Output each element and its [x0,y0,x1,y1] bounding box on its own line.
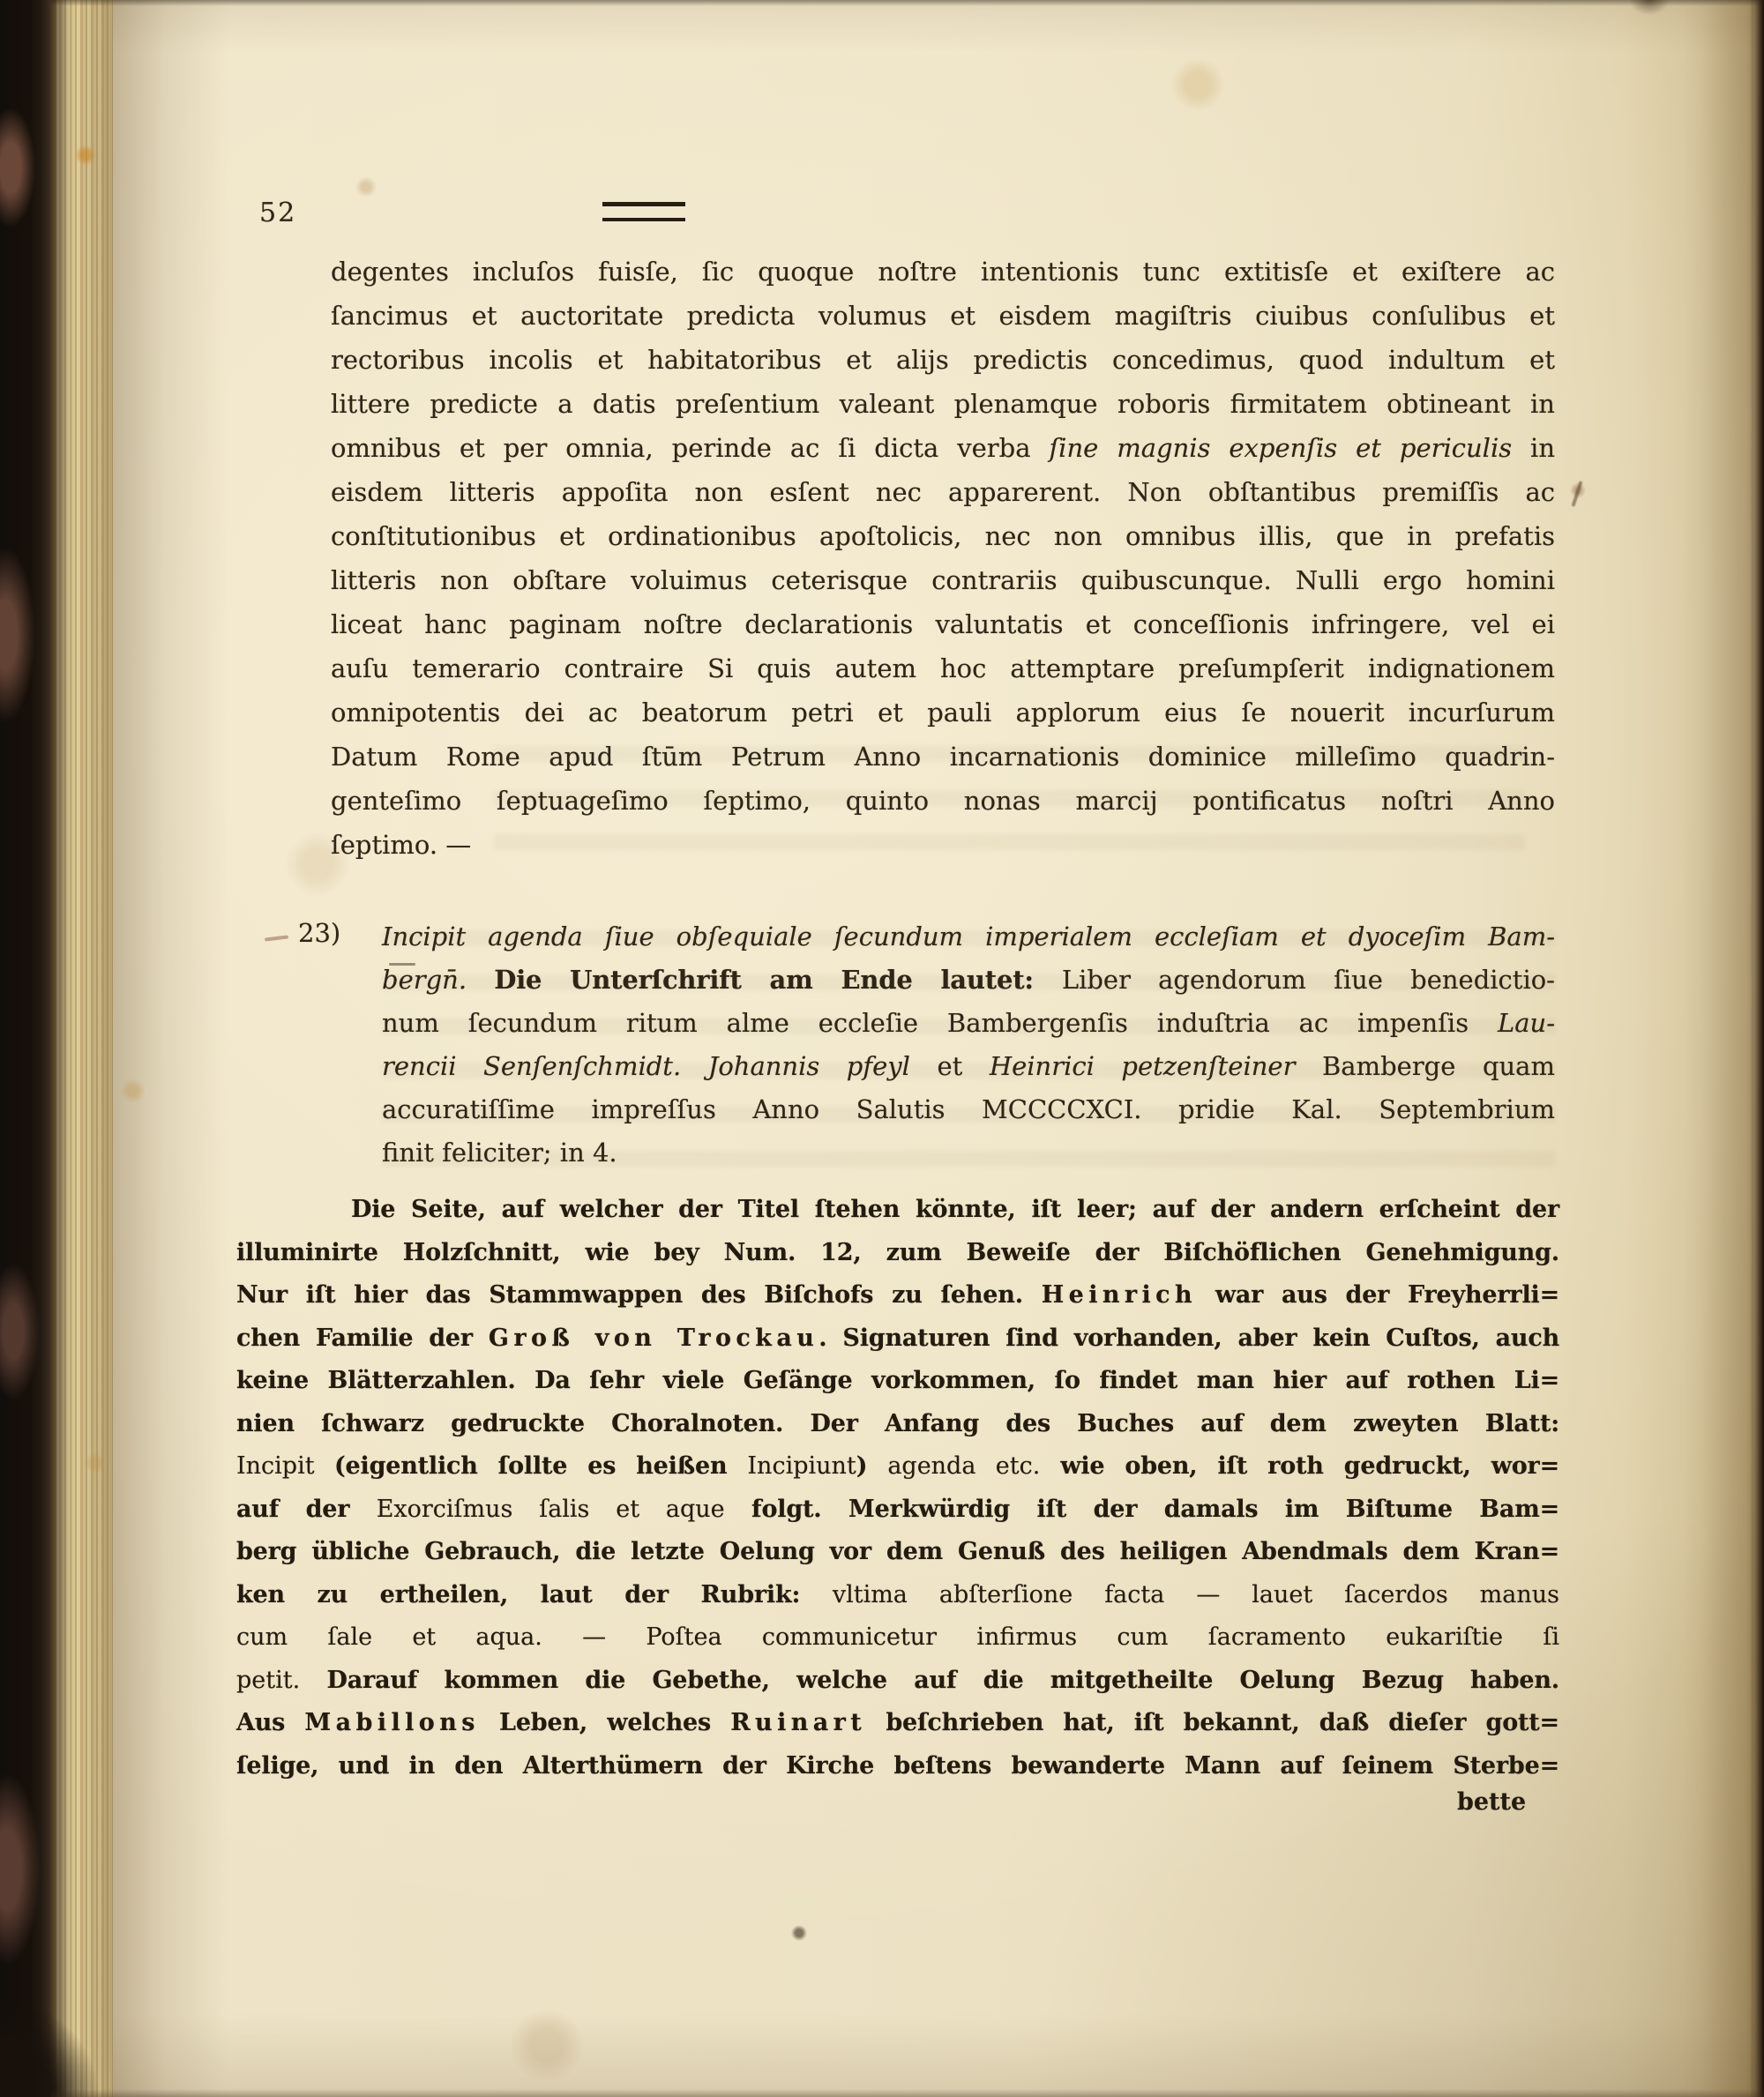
text-line: Aus Mabillons Leben, welches Ruinart beſ… [236,1702,1559,1745]
text-line: petit. Darauf kommen die Gebethe, welche… [236,1660,1559,1703]
text-segment: accuratiſſime impreſſus Anno Salutis MCC… [382,1094,1555,1124]
text-segment: num ſecundum ritum alme eccleſie Bamberg… [382,1008,1498,1038]
text-segment: Die Unterſchrift am Ende lautet: [494,965,1062,995]
text-line: littere predicte a datis preſentium vale… [331,382,1555,426]
page-number-text: 52 [259,198,296,228]
text-segment: ken zu ertheilen, laut der Rubrik: [236,1581,833,1608]
text-segment: Mabillons [304,1709,479,1736]
text-line: ſeptimo. — [331,823,1555,867]
text-line: eisdem litteris appoſita non esſent nec … [331,470,1555,514]
text-segment: illuminirte Holzſchnitt, wie bey Num. 12… [236,1239,1559,1266]
text-segment: Incipit [236,1452,334,1480]
text-segment: ſine magnis expenſis et periculis [1049,433,1512,463]
book-binding-edge [0,0,56,2097]
entry-number: 23) [298,918,340,948]
text-segment: Ruinart [730,1709,866,1736]
text-line: Die Seite, auf welcher der Titel ſtehen … [236,1189,1559,1232]
page-curvature-shade [1683,0,1753,2097]
scan-bottom-edge [51,2089,1764,2097]
text-line: rencii Senſenſchmidt. Johannis pfeyl et … [382,1045,1555,1088]
text-line: chen Familie der Groß von Trockau. Signa… [236,1317,1559,1361]
text-segment: degentes incluſos fuisſe, ſic quoque noſ… [331,257,1555,287]
text-line: Incipit agenda ſiue obſequiale ſecundum … [382,915,1555,959]
text-line: conſtitutionibus et ordinationibus apoſt… [331,514,1555,558]
text-segment: Datum Rome apud ſtūm Petrum Anno incarna… [331,742,1555,772]
text-segment: auf der [236,1496,377,1523]
text-segment: agenda etc. [887,1452,1040,1480]
text-line: auſu temerario contraire Si quis autem h… [331,646,1555,690]
text-segment: berg übliche Gebrauch, die letzte Oelung… [236,1538,1559,1565]
text-segment: rencii Senſenſchmidt. Johannis pfeyl [382,1051,910,1081]
bibliographic-entry-23: Incipit agenda ſiue obſequiale ſecundum … [382,915,1555,1175]
text-line: accuratiſſime impreſſus Anno Salutis MCC… [382,1088,1555,1131]
text-segment: littere predicte a datis preſentium vale… [331,389,1555,419]
text-segment: in [1512,433,1555,463]
text-line: liceat hanc paginam noſtre declarationis… [331,602,1555,646]
text-segment: ſeptimo. — [331,830,471,860]
text-segment: auſu temerario contraire Si quis autem h… [331,653,1555,683]
section-divider-rule [602,202,685,221]
ink-mark [265,935,288,941]
text-segment: Exorciſmus ſalis et aque [377,1496,725,1523]
text-line: cum ſale et aqua. — Poſtea communicetur … [236,1616,1559,1660]
scan-top-edge [51,0,1764,6]
text-segment: Lau- [1498,1008,1555,1038]
text-segment: folgt. Merkwürdig iſt der damals im Biſt… [725,1496,1559,1523]
text-segment: (eigentlich ſollte es heißen [334,1452,747,1480]
text-segment: ) [856,1452,888,1480]
text-line: Datum Rome apud ſtūm Petrum Anno incarna… [331,735,1555,779]
text-segment: chen Familie der [236,1325,489,1352]
gutter-shadow [113,0,228,2097]
text-segment: keine Blätterzahlen. Da ſehr viele Geſän… [236,1367,1559,1394]
text-line: berg übliche Gebrauch, die letzte Oelung… [236,1531,1559,1574]
text-line: auf der Exorciſmus ſalis et aque folgt. … [236,1489,1559,1532]
text-segment: Groß von Trockau [489,1325,818,1352]
text-segment: conſtitutionibus et ordinationibus apoſt… [331,521,1555,551]
text-line: Nur iſt hier das Stammwappen des Biſchof… [236,1274,1559,1317]
text-segment: eisdem litteris appoſita non esſent nec … [331,477,1555,507]
text-segment: beſchrieben hat, iſt bekannt, daß dieſer… [866,1709,1559,1736]
scan-right-edge [1750,0,1764,2097]
text-segment: ſancimus et auctoritate predicta volumus… [331,301,1555,331]
catchword: bette [1457,1788,1526,1816]
text-segment: wie oben, iſt roth gedruckt, wor= [1040,1452,1559,1480]
text-line: litteris non obſtare voluimus ceterisque… [331,558,1555,602]
text-segment: war aus der Freyherrli= [1197,1281,1559,1309]
text-segment: Incipiunt [747,1452,856,1480]
text-segment: genteſimo ſeptuageſimo ſeptimo, quinto n… [331,786,1555,816]
text-segment: cum ſale et aqua. — Poſtea communicetur … [236,1623,1559,1651]
text-segment: Die Seite, auf welcher der Titel ſtehen … [351,1196,1559,1223]
text-segment: bergn̄. [382,965,494,995]
text-segment: rectoribus incolis et habitatoribus et a… [331,345,1555,375]
scan-corner-mark [1621,0,1678,21]
book-page-scan: 52 degentes incluſos fuisſe, ſic quoque … [0,0,1764,2097]
text-segment: omnibus et per omnia, perinde ac ſi dict… [331,433,1049,463]
text-line: omnibus et per omnia, perinde ac ſi dict… [331,426,1555,470]
text-line: illuminirte Holzſchnitt, wie bey Num. 12… [236,1232,1559,1275]
text-line: bergn̄. Die Unterſchrift am Ende lautet:… [382,959,1555,1002]
text-line: Incipit (eigentlich ſollte es heißen Inc… [236,1445,1559,1489]
latin-bull-passage: degentes incluſos fuisſe, ſic quoque noſ… [331,250,1555,867]
text-line: ken zu ertheilen, laut der Rubrik: vltim… [236,1574,1559,1617]
text-segment: Heinrich [1042,1281,1197,1309]
text-segment: Bamberge quam [1295,1051,1555,1081]
page-number: 52 [259,198,296,228]
text-segment: et [910,1051,990,1081]
text-segment: . Signaturen ſind vorhanden, aber kein C… [818,1325,1559,1352]
ink-mark [1571,481,1582,507]
text-line: nien ſchwarz gedruckte Choralnoten. Der … [236,1403,1559,1446]
text-line: ſelige, und in den Alterthümern der Kirc… [236,1745,1559,1788]
text-line: ſancimus et auctoritate predicta volumus… [331,294,1555,338]
text-segment: Darauf kommen die Gebethe, welche auf di… [300,1667,1559,1694]
text-segment: nien ſchwarz gedruckte Choralnoten. Der … [236,1410,1559,1437]
german-commentary-paragraph: Die Seite, auf welcher der Titel ſtehen … [236,1189,1559,1787]
text-segment: petit. [236,1667,300,1694]
text-line: degentes incluſos fuisſe, ſic quoque noſ… [331,250,1555,294]
text-segment: Aus [236,1709,304,1736]
text-segment: liceat hanc paginam noſtre declarationis… [331,609,1555,639]
catchword-text: bette [1457,1788,1526,1816]
text-line: finit feliciter; in 4. [382,1131,1555,1175]
text-line: rectoribus incolis et habitatoribus et a… [331,338,1555,382]
text-line: genteſimo ſeptuageſimo ſeptimo, quinto n… [331,779,1555,823]
text-segment: vltima abſterſione facta — lauet ſacerdo… [833,1581,1559,1608]
text-segment: Nur iſt hier das Stammwappen des Biſchof… [236,1281,1042,1309]
text-line: num ſecundum ritum alme eccleſie Bamberg… [382,1002,1555,1045]
text-segment: Liber agendorum ſiue benedictio- [1062,965,1555,995]
text-segment: finit feliciter; in 4. [382,1138,617,1168]
text-segment: Incipit agenda ſiue obſequiale ſecundum … [382,922,1555,951]
entry-number-text: 23) [298,918,340,948]
page-fore-edge-stack [51,0,113,2097]
text-segment: omnipotentis dei ac beatorum petri et pa… [331,698,1555,728]
text-segment: Leben, welches [480,1709,730,1736]
text-line: keine Blätterzahlen. Da ſehr viele Geſän… [236,1360,1559,1403]
text-segment: ſelige, und in den Alterthümern der Kirc… [236,1752,1559,1780]
text-line: omnipotentis dei ac beatorum petri et pa… [331,690,1555,735]
text-segment: Heinrici petzenſteiner [990,1051,1296,1081]
text-segment: litteris non obſtare voluimus ceterisque… [331,565,1555,595]
